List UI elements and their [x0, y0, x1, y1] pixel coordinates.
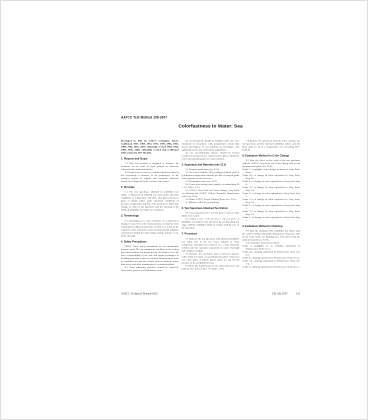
paragraph: Grade 1—a change in color equivalent to … [242, 216, 300, 222]
paragraph: 4.3 An eyewash/safety shower should be l… [182, 151, 240, 160]
text-column-3: 7.4 Remove the specimens from the tester… [242, 139, 300, 291]
paragraph: 7.4 Remove the specimens from the tester… [242, 139, 300, 151]
paragraph: 9.1 Rate the staining of the multifiber … [242, 229, 300, 241]
paragraph: 1.2 Fastness to sea water as evaluated b… [121, 171, 179, 183]
footer-right: TM 106-2007 153 [272, 292, 300, 295]
paragraph: 8.1 Rate the effect on the color of the … [242, 159, 300, 168]
paragraph: 7.1 Immerse the test specimen with attac… [182, 237, 240, 252]
section-heading: 5. Apparatus and Materials (see 12.1) [182, 163, 240, 166]
section-heading: 9. Evaluation Method for Staining [242, 225, 300, 228]
section-heading: 2. Principle [121, 186, 179, 189]
paragraph: 6.2 Attach a 6.0 × 6.0 cm (2.4 × 2.4 in.… [182, 217, 240, 229]
footer-doc-ref: TM 106-2007 [272, 292, 288, 295]
text-column-2: 4.2 All chemicals should be handled with… [182, 139, 240, 291]
paragraph: 1.1 This test method is designed to meas… [121, 162, 179, 171]
article-columns: Developed in 1962 by AATCC Committee RA2… [121, 139, 301, 291]
section-heading: 3. Terminology [121, 214, 179, 217]
paragraph: NOTE: These safety precautions are for i… [121, 245, 179, 266]
document-page: AATCC Test Method 106-2007 Colorfastness… [0, 0, 368, 420]
paragraph: 4.2 All chemicals should be handled with… [182, 139, 240, 151]
page-header: AATCC Test Method 106-2007 Colorfastness… [121, 116, 301, 138]
method-number: AATCC Test Method 106-2007 [121, 116, 300, 120]
paragraph: 2.1 The test specimen, attached to multi… [121, 190, 179, 211]
paragraph: Developed in 1962 by AATCC Committee RA2… [121, 139, 179, 154]
section-heading: 7. Procedure [182, 232, 240, 235]
section-heading: 6. Test Specimen-Attached Test Fabric [182, 207, 240, 210]
footer-page-number: 153 [296, 292, 300, 295]
page-title: Colorfastness to Water: Sea [121, 124, 300, 129]
section-heading: 8. Evaluation Method for Color Change [242, 154, 300, 157]
page-footer: AATCC Technical Manual/2010 TM 106-2007 … [121, 292, 301, 300]
footer-manual-label: AATCC Technical Manual/2010 [121, 292, 158, 295]
text-column-1: Developed in 1962 by AATCC Committee RA2… [121, 139, 179, 291]
paragraph: 5.2 Sea water solution: 30.0 g sodium ch… [182, 171, 240, 180]
paragraph: 4.1 Good laboratory practices should be … [121, 266, 179, 272]
paragraph: 3.1 colorfastness, n.—the resistance of … [121, 219, 179, 237]
paragraph: 5.7 Balance with 0.01 g sensitivity. [182, 201, 240, 204]
paragraph: 5.5 AATCC Gray Scale for Color Change, G… [182, 189, 240, 198]
paragraph: Grade 3—staining equivalent to Transfere… [242, 265, 300, 268]
paragraph: 7.2 Remove the specimen, pass it between… [182, 252, 240, 264]
section-heading: 1. Purpose and Scope [121, 157, 179, 160]
section-heading: 4. Safety Precautions [121, 240, 179, 243]
paragraph: 7.3 Place the loaded tester in the conve… [182, 264, 240, 270]
